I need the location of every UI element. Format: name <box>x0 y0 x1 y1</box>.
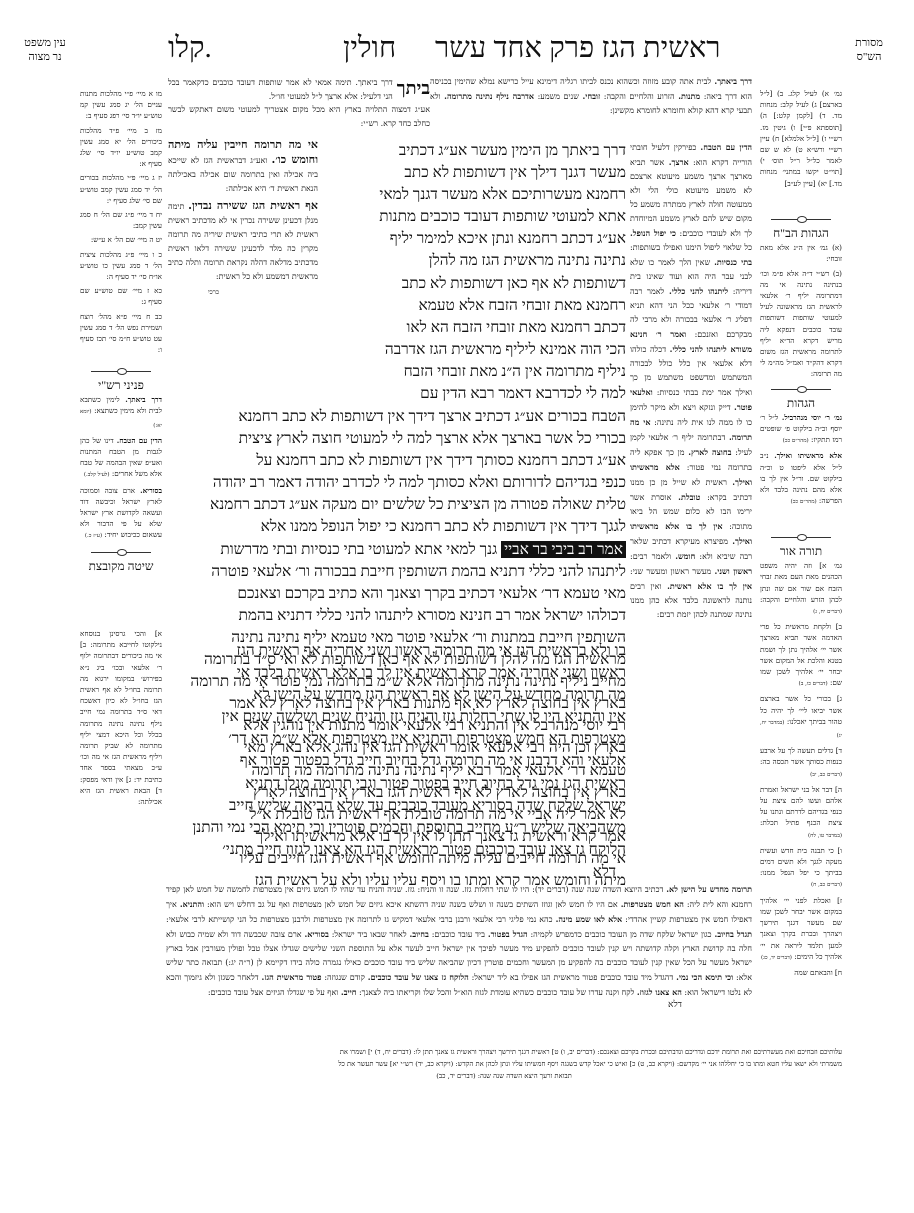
dibur-text: הזרוע והלחיים והקבה: <box>604 92 675 101</box>
hashas-title: הש"ס <box>832 50 906 64</box>
entry-head: דרך ביאתך. <box>125 395 162 404</box>
source-ref: (דברים כו, ב) <box>799 681 828 687</box>
torah-or-column: תורה אור גמ׳ א] וזה יהיה משפט הכהנים מאת… <box>760 528 842 1048</box>
dibur-text: אשר תביא מארצך ארצך משמע מיעוטא ארצכם לא… <box>630 158 752 238</box>
dibur-hamatchil: דרך ביאתך. <box>714 76 752 86</box>
source-ref: (דברים יד, כג) <box>761 955 792 961</box>
gemara-line: בכורי כל אשר בארצך אלא ארצך למה לי למעוט… <box>166 428 626 450</box>
tosafot-column: אי מה תרומה חייבין עליה מיתה וחומש כו׳. … <box>168 138 318 370</box>
verse-text: ח] והבאתם שמה <box>794 968 842 977</box>
dibur-text: כל שלאוי ליפול הימנו ואפילו בשותפות: <box>630 243 752 252</box>
gemara-line: בו ולא בראשית הגז אי מה תרומה ראשון ושני… <box>166 640 626 662</box>
ornament-divider <box>771 386 831 392</box>
entry-head: אלא מראשיתו ואילך. <box>774 451 842 460</box>
dibur-hamatchil: הא חמש מצטרפות. <box>621 899 684 909</box>
pninei-rashi-column: פניני רש"י דרך ביאתך. לימין כשתבא לבית ו… <box>80 362 162 662</box>
rashi-column: הדין עם הטבח. כפירקין דלעיל חובתי הורייה… <box>630 140 752 880</box>
verse-text: גמ׳ א] וזה יהיה משפט הכהנים מאת העם מאת … <box>760 561 842 604</box>
page-header: עין משפט נר מצוה קלו. חולין ראשית הגז פר… <box>0 36 914 76</box>
gemara-line: הלוקח גז צאן עובד כוכבים פטור מראשית הגז… <box>166 839 626 861</box>
hagahot-habach-entry: (א) גמ׳ אין ה״נ אלא מאת זובחי: <box>760 242 842 264</box>
gemara-lower-block: בו ולא בראשית הגז אי מה תרומה ראשון ושני… <box>166 640 626 900</box>
tosafot-line: אע״ג דמצוה התלויה בארץ היא מכל מקום אצטר… <box>168 103 430 130</box>
gemara-line: אתא למעוטי שותפות דעובד כוכבים מתנות <box>322 206 626 228</box>
verse-text: ה] דבר אל בני ישראל ואמרת אלהם ועשו להם … <box>760 785 842 828</box>
dibur-hamatchil: ליתנהו להני כללי. <box>669 286 728 296</box>
dibur-text: תימה מנלן דכעינן ששירה נכרין אי לא מדכתי… <box>168 202 318 281</box>
ein-mishpat-heading: עין משפט נר מצוה <box>8 36 82 64</box>
dibur-text: שנים משמע: <box>538 92 579 101</box>
gemara-narrow-block: דרך ביאתך מן הימין מעשר אע״ג דכתיב מעשר … <box>322 140 626 410</box>
verse-text: ב] ולקחת מראשית כל פרי האדמה אשר תביא מא… <box>760 622 842 687</box>
tosafot-dibur: אי מה תרומה חייבין עליה מיתה וחומש כו׳. … <box>168 138 318 196</box>
dibur-hamatchil: תרומה מחדש על הישן לא. <box>666 884 752 894</box>
verse-text: ז] ואכלת לפני יי׳ אלהיך במקום אשר יבחר ל… <box>760 896 842 961</box>
masoret-title: מסורת <box>832 36 906 50</box>
dibur-text: מעשר ראשון ומעשר שני: <box>630 567 711 576</box>
dibur-hamatchil: הגדל בפטור. <box>488 929 528 939</box>
dibur-text: לאחר שבאו ביד ישראל: <box>332 930 407 939</box>
torah-or-entry: ח] והבאתם שמה <box>760 967 842 978</box>
gemara-line: טלית שאולה פטורה מן הציצית כל שלשים יום … <box>166 494 626 516</box>
ornament-divider <box>91 368 151 374</box>
dibur-hamatchil: ראשון ושני. <box>714 566 752 576</box>
ein-mishpat-entry: מו א מיי׳ פ״י מהלכות מתנות עניים הל׳ יג … <box>80 88 162 122</box>
masoret-heading: מסורת הש"ס <box>832 36 906 64</box>
dibur-hamatchil: הלוקח גז צאנו של עובד כוכבים. <box>368 972 469 982</box>
verse-text: ו] כי תבנה בית חדש ועשית מעקה לגגך ולא ת… <box>760 846 842 877</box>
ornament-divider <box>91 549 151 555</box>
shita-mekubetzet-text: א] והכי גרסינן בנוסחא נילקוטו לחייבא מתר… <box>80 628 162 807</box>
entry-head: בסוריא. <box>140 486 162 495</box>
ein-mishpat-column: מו א מיי׳ פ״י מהלכות מתנות עניים הל׳ יג … <box>80 88 162 358</box>
gemara-line: אע״ג דכתב רחמנא כסותך דידך אין דשותפות ל… <box>166 450 626 472</box>
ein-mishpat-entry: מז ב מיי׳ פ״ד מהלכות ביכורים הל׳ יא סמג … <box>80 125 162 170</box>
dibur-hamatchil: בחוצה לארץ. <box>688 447 731 457</box>
dibur-text: דהגדל מיד עובד כוכבים פטור מראשית הגז אפ… <box>472 973 674 982</box>
dibur-text: ואף על פי שגדלו הגיזים אצל עובד כוכבים: <box>208 988 338 997</box>
highlighted-text[interactable]: אמר רב ביבי בר אביי <box>501 541 626 558</box>
chapter-title: ראשית הגז פרק אחד עשר <box>435 32 720 65</box>
torah-or-entry: ה] דבר אל בני ישראל ואמרת אלהם ועשו להם … <box>760 784 842 842</box>
shita-mekubetzet-title: שיטה מקובצת <box>80 561 162 572</box>
entry-head: הדין עם הטבח. <box>117 436 162 445</box>
tosafot-top: ביתך דרך ביאתך. תימה אמאי לא אמר שותפות … <box>168 76 430 138</box>
source-ref: (לעיל קלב.) <box>84 472 110 478</box>
gemara-line: דכתב רחמנא מאת זובחי הזבח הא לאו <box>322 317 626 339</box>
gemara-line: גגך למאי אתא למעוטי בתי כנסיות ובתי מדרש… <box>166 539 626 561</box>
torah-or-entry: גמ׳ א] וזה יהיה משפט הכהנים מאת העם מאת … <box>760 560 842 618</box>
tosafot-dibur: אף ראשית הגז ששירה נבדין. תימה מנלן דכעי… <box>168 199 318 284</box>
dibur-hamatchil: ארצך. <box>669 157 689 167</box>
torah-or-title: תורה אור <box>760 546 842 557</box>
dibur-hamatchil: זובחי. <box>582 91 600 101</box>
dibur-text: קודם שנגוזה: <box>324 973 365 982</box>
ein-mishpat-entry: יט ה מיי׳ שם הל׳ א ע״ש: <box>80 234 162 245</box>
gemara-line: דכולהו ישראל אמר רב חנינא מסורא ליתנהו ל… <box>166 605 626 627</box>
tosafot-opening-word: ביתך <box>397 76 430 100</box>
gemara-line: רחמנא מעשרותיכם אלא מעשר דגנך למאי <box>322 184 626 206</box>
torah-or-entry: ב] ולקחת מראשית כל פרי האדמה אשר תביא מא… <box>760 621 842 690</box>
source-ref: (במדבר טו, לח) <box>808 833 842 839</box>
ornament-divider <box>771 534 831 540</box>
torah-or-entry: ו] כי תבנה בית חדש ועשית מעקה לגגך ולא ת… <box>760 845 842 892</box>
hagahot-entry: אלא מראשיתו ואילך. נ״ב ל״ל אלא ליפטו ט ו… <box>760 450 842 508</box>
gemara-line: רחמנא מאת זובחי הזבח אלא טעמא <box>322 295 626 317</box>
ein-mishpat-entry: כא ז מיי׳ שם טוש״ע שם סעיף ג: <box>80 285 162 307</box>
torah-or-entry: ז] ואכלת לפני יי׳ אלהיך במקום אשר יבחר ל… <box>760 895 842 964</box>
dibur-hamatchil: והתניא. <box>180 899 204 909</box>
dibur-hamatchil: הא צאנו לגזוז. <box>637 987 682 997</box>
pninei-rashi-title: פניני רש"י <box>80 380 162 391</box>
dibur-hamatchil: טובלת. <box>678 492 700 502</box>
dibur-hamatchil: אף ראשית הגז ששירה נבדין. <box>188 199 318 212</box>
dibur-hamatchil: כי יפול הנופל. <box>630 228 676 238</box>
hagahot-habach-title: הגהות הב"ח <box>760 228 842 239</box>
torah-or-bottom-line: תבואת זרעך היצא השדה שנה שנה: (דברים יד,… <box>166 1070 842 1082</box>
dibur-text: ולאמר רבים: <box>630 552 671 561</box>
gemara-line: הטבח בכורים אע״ג דכתיב ארצך דידך אין דשו… <box>166 406 626 428</box>
dibur-text: ביד עובד כוכבים: <box>432 930 485 939</box>
torah-or-bottom: עלותיכם וזבחיכם ואת מעשרתיכם ואת תרומת י… <box>166 1046 842 1086</box>
gemara-line: אין והתניא היו לו שתי רחלות גזז והניח גז… <box>166 706 626 728</box>
gemara-line: הכי הוה אמינא ליליף מראשית הגז אדרבה <box>322 339 626 361</box>
hagahot-column: הגהות הב"ח (א) גמ׳ אין ה״נ אלא מאת זובחי… <box>760 210 842 540</box>
tractate-title: חולין <box>343 32 396 65</box>
entry-head: גמ׳ ר׳ יוסי מנהרביל. <box>782 413 842 422</box>
gemara-line: מה תרומה מחדש על הישן לא אף ראשית הגז מח… <box>166 684 626 706</box>
dibur-hamatchil: חומש. <box>675 551 695 561</box>
ornament-divider <box>771 216 831 222</box>
torah-or-bottom-line: משמרתי ולא ישאו עליו חטא ומתו בו כי יחלל… <box>166 1058 842 1070</box>
ner-mitzvah-title: נר מצוה <box>8 50 82 64</box>
source-ref: (מהר״ם ככ) <box>783 438 809 444</box>
gemara-line: ליתנהו להני כללי דתניא בהמת השותפין חייב… <box>166 561 626 583</box>
verse-text: ד] גדלים תעשה לך על ארבע כנפות כסותך אשר… <box>760 746 842 766</box>
rashi-top-text: דרך ביאתך. לבית אתה קובע מזוזה וכשהוא נכ… <box>430 74 752 118</box>
hagahot-habach-entry: (ב) רש״י ד״ה אלא פ״מ וכו׳ בנתינה נתינה א… <box>760 268 842 380</box>
ein-mishpat-entry: כב ח מיי׳ פ״א מהל׳ רוצח ושמירת נפש הל׳ ד… <box>80 311 162 356</box>
gemara-line: נתינה נתינה מראשית הגז מה להלן <box>322 250 626 272</box>
gemara-line: משהביאה שליש ר״ע מחייב בתוספת וחכמים פוט… <box>166 817 626 839</box>
torah-or-entry: ג] בכורי כל אשר בארצם אשר יביאו ליי׳ לך … <box>760 693 842 742</box>
gemara-line: ראשית הגז נמי גדל בחיוב חייב בפטור פטור … <box>166 773 626 795</box>
torah-or-bottom-line: עלותיכם וזבחיכם ואת מעשרתיכם ואת תרומת י… <box>166 1046 842 1058</box>
source-ref: (דברים יח, ג) <box>813 609 842 615</box>
dibur-hamatchil: פטור מראשית הגז. <box>261 972 321 982</box>
dibur-hamatchil: אין לך בו אלא ראשית. <box>667 581 752 591</box>
gemara-line: מצטרפות הא חמש מצטרפות והתניא אין מצטרפו… <box>166 728 626 750</box>
gemara-line: כנפי בגדיהם לדורותם ואלא כסותך למה לי לכ… <box>166 472 626 494</box>
shita-mekubetzet-column: א] והכי גרסינן בנוסחא נילקוטו לחייבא מתר… <box>80 628 162 828</box>
gemara-line: מעשר דגנך דילך אין דשותפות לא כתב <box>322 162 626 184</box>
tosafot-line: דרך ביאתך. תימה אמאי לא אמר שותפות דעובד… <box>168 76 430 103</box>
source-ref: (דברים כב, ח) <box>811 882 842 888</box>
dibur-hamatchil: בחיוב. <box>409 929 428 939</box>
dibur-text: כגון ישראל שלקח שדה מן העובד כוכבים כדמפ… <box>530 930 711 939</box>
gemara-line: מאי טעמא דר׳ אלעאי דכתיב בקרך וצאנך והא … <box>166 583 626 605</box>
dibur-hamatchil: אלא לאו שמע מינה. <box>556 914 623 924</box>
dibur-hamatchil: בתי כנסיות. <box>714 257 752 267</box>
rashi-top: דרך ביאתך. לבית אתה קובע מזוזה וכשהוא נכ… <box>430 74 752 140</box>
ein-mishpat-entry: יח ד מיי׳ פ״ג שם הל׳ ח סמג עשין קמב: <box>80 209 162 231</box>
dibur-hamatchil: בסוריא. <box>304 929 328 939</box>
source-ref: (דברים כב, יב) <box>810 772 842 778</box>
gemara-line: לגגך דידך אין דשותפות לא כתב רחמנא כי יפ… <box>166 516 626 538</box>
gemara-line: ישראל שלקח שדה בסוריא מעובד כוכבים עד של… <box>166 795 626 817</box>
pninei-rashi-entry: הדין עם הטבח. דינו של כהן לגבות מן הטבח … <box>80 435 162 482</box>
rashi-bottom: תרומה מחדש על הישן לא. דכתיב היוצא השדה … <box>166 882 752 1042</box>
rashi-catchword: דלא <box>166 1000 752 1010</box>
gemara-line: למה לי לכדרבא דאמר רבא הדין עם <box>322 383 626 405</box>
ein-mishpat-entry: כ ו מיי׳ פ״ג מהלכות ציצית הל׳ ד סמג עשין… <box>80 249 162 283</box>
dibur-hamatchil: חייב. <box>341 987 357 997</box>
rashi-bottom-text: תרומה מחדש על הישן לא. דכתיב היוצא השדה … <box>166 882 752 1000</box>
masoret-hashas-column: גמ׳ א) לעיל קלג. ב) [ל״ל בארצם] ג) לעיל … <box>760 88 842 228</box>
gemara-line: ניליף מתרומה אין ה״נ מאת זובחי הזבח <box>322 361 626 383</box>
dibur-text: לקח וקנה עדרו של עובד כוכבים כשהיא עומדת… <box>359 988 634 997</box>
hagahot-title: הגהות <box>760 398 842 409</box>
ein-mishpat-entry: יז ג מיי׳ פ״י מהלכות בכורים הל׳ יד סמג ע… <box>80 172 162 206</box>
hagahot-entry: גמ׳ ר׳ יוסי מנהרביל. ל״ל ר׳ יוסף וכ״ה בי… <box>760 412 842 448</box>
torah-or-entry: ד] גדלים תעשה לך על ארבע כנפות כסותך אשר… <box>760 745 842 781</box>
dibur-text: אם היו לו חמש לאן וגוזז השתים בשנה זו וש… <box>207 900 618 909</box>
source-ref: (מהר״ם ככ) <box>791 499 817 505</box>
gemara-line: דרך ביאתך מן הימין מעשר אע״ג דכתיב <box>322 140 626 162</box>
dibur-hamatchil: הדין עם הטבח. <box>700 142 752 152</box>
masoret-hashas-text: גמ׳ א) לעיל קלג. ב) [ל״ל בארצם] ג) לעיל … <box>760 88 842 189</box>
folio-number: קלו. <box>168 32 212 65</box>
source-ref: (ע״ז כ.) <box>85 533 102 539</box>
dibur-hamatchil: תגדל בחיוב. <box>714 929 752 939</box>
gemara-catchword: דלא <box>166 861 626 883</box>
gemara-line: ראשון ושני אחריה אמר קרא ראשית אין לך בו… <box>166 662 626 684</box>
gemara-line: דשותפות לא אף כאן דשותפות לא כתב <box>322 273 626 295</box>
rashi-side-text: הדין עם הטבח. כפירקין דלעיל חובתי הורייה… <box>630 140 752 622</box>
dibur-hamatchil: מתנות. <box>678 91 700 101</box>
dibur-hamatchil: אדרבה נילף נתינה מתרומה. <box>444 91 534 101</box>
dibur-hamatchil: וכי תימא הכי נמי. <box>676 972 733 982</box>
dibur-text: כהא נמי פליגי רבי אלעאי ורבנן ברבי אלעאי… <box>166 915 553 924</box>
ein-mishpat-title: עין משפט <box>8 36 82 50</box>
pninei-rashi-entry: דרך ביאתך. לימין כשתבא לבית ולא מימין כש… <box>80 394 162 432</box>
tosafot-catchword: כרכי <box>168 287 318 297</box>
pninei-rashi-entry: בסוריא. ארם צובה וסמוכה לארץ ישראל וכיבש… <box>80 485 162 543</box>
gemara-line: אלעאי והא דרבנן אי מה תרומה גדל בחיוב חי… <box>166 750 626 772</box>
gemara-line: אע״ג דכתב רחמנא ונתן איכא למימר יליף <box>322 228 626 250</box>
